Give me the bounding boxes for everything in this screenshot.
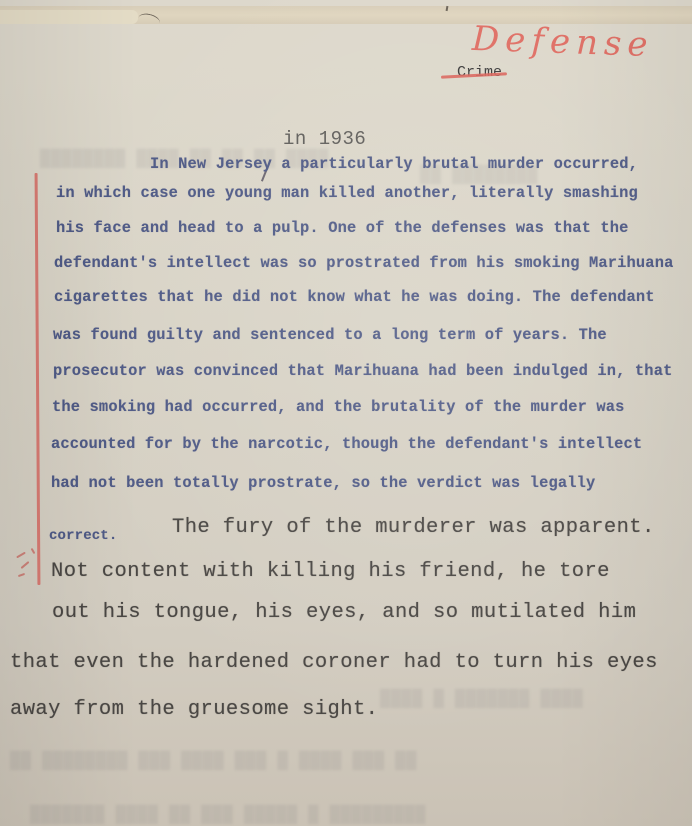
- year-heading: in 1936: [283, 128, 366, 150]
- typed-line: in which case one young man killed anoth…: [56, 184, 638, 202]
- typed-line: had not been totally prostrate, so the v…: [51, 474, 595, 492]
- typed-line: out his tongue, his eyes, and so mutilat…: [52, 601, 636, 624]
- typed-line: the smoking had occurred, and the brutal…: [52, 398, 625, 416]
- typed-line: was found guilty and sentenced to a long…: [53, 326, 607, 344]
- typed-line: In New Jersey a particularly brutal murd…: [150, 155, 638, 173]
- margin-scribble: [14, 548, 40, 584]
- typed-line: away from the gruesome sight.: [10, 698, 378, 721]
- typed-line: correct.: [49, 528, 117, 544]
- bleed-through-text: ████ █ ███████ ████: [380, 690, 583, 709]
- page-fold-edge: [0, 10, 138, 24]
- typed-line: his face and head to a pulp. One of the …: [56, 219, 629, 237]
- typed-line: The fury of the murderer was apparent.: [172, 516, 655, 539]
- typewritten-page: ████████ ████ ██ ██ ██ ████ ██ ████████ …: [0, 0, 692, 826]
- handwritten-annotation: Defense: [471, 19, 654, 65]
- red-margin-line: [35, 173, 41, 585]
- bleed-through-text: ███████ ████ ██ ███ █████ █ █████████: [30, 806, 426, 825]
- typed-line: that even the hardened coroner had to tu…: [10, 651, 658, 674]
- typed-line: prosecutor was convinced that Marihuana …: [53, 362, 672, 380]
- bleed-through-text: ██ ████████ ███ ████ ███ █ ████ ███ ██: [10, 752, 417, 771]
- typed-line: Not content with killing his friend, he …: [51, 560, 610, 583]
- typed-line: accounted for by the narcotic, though th…: [51, 435, 642, 453]
- typed-line: defendant's intellect was so prostrated …: [54, 254, 673, 272]
- typed-line: cigarettes that he did not know what he …: [54, 288, 655, 306]
